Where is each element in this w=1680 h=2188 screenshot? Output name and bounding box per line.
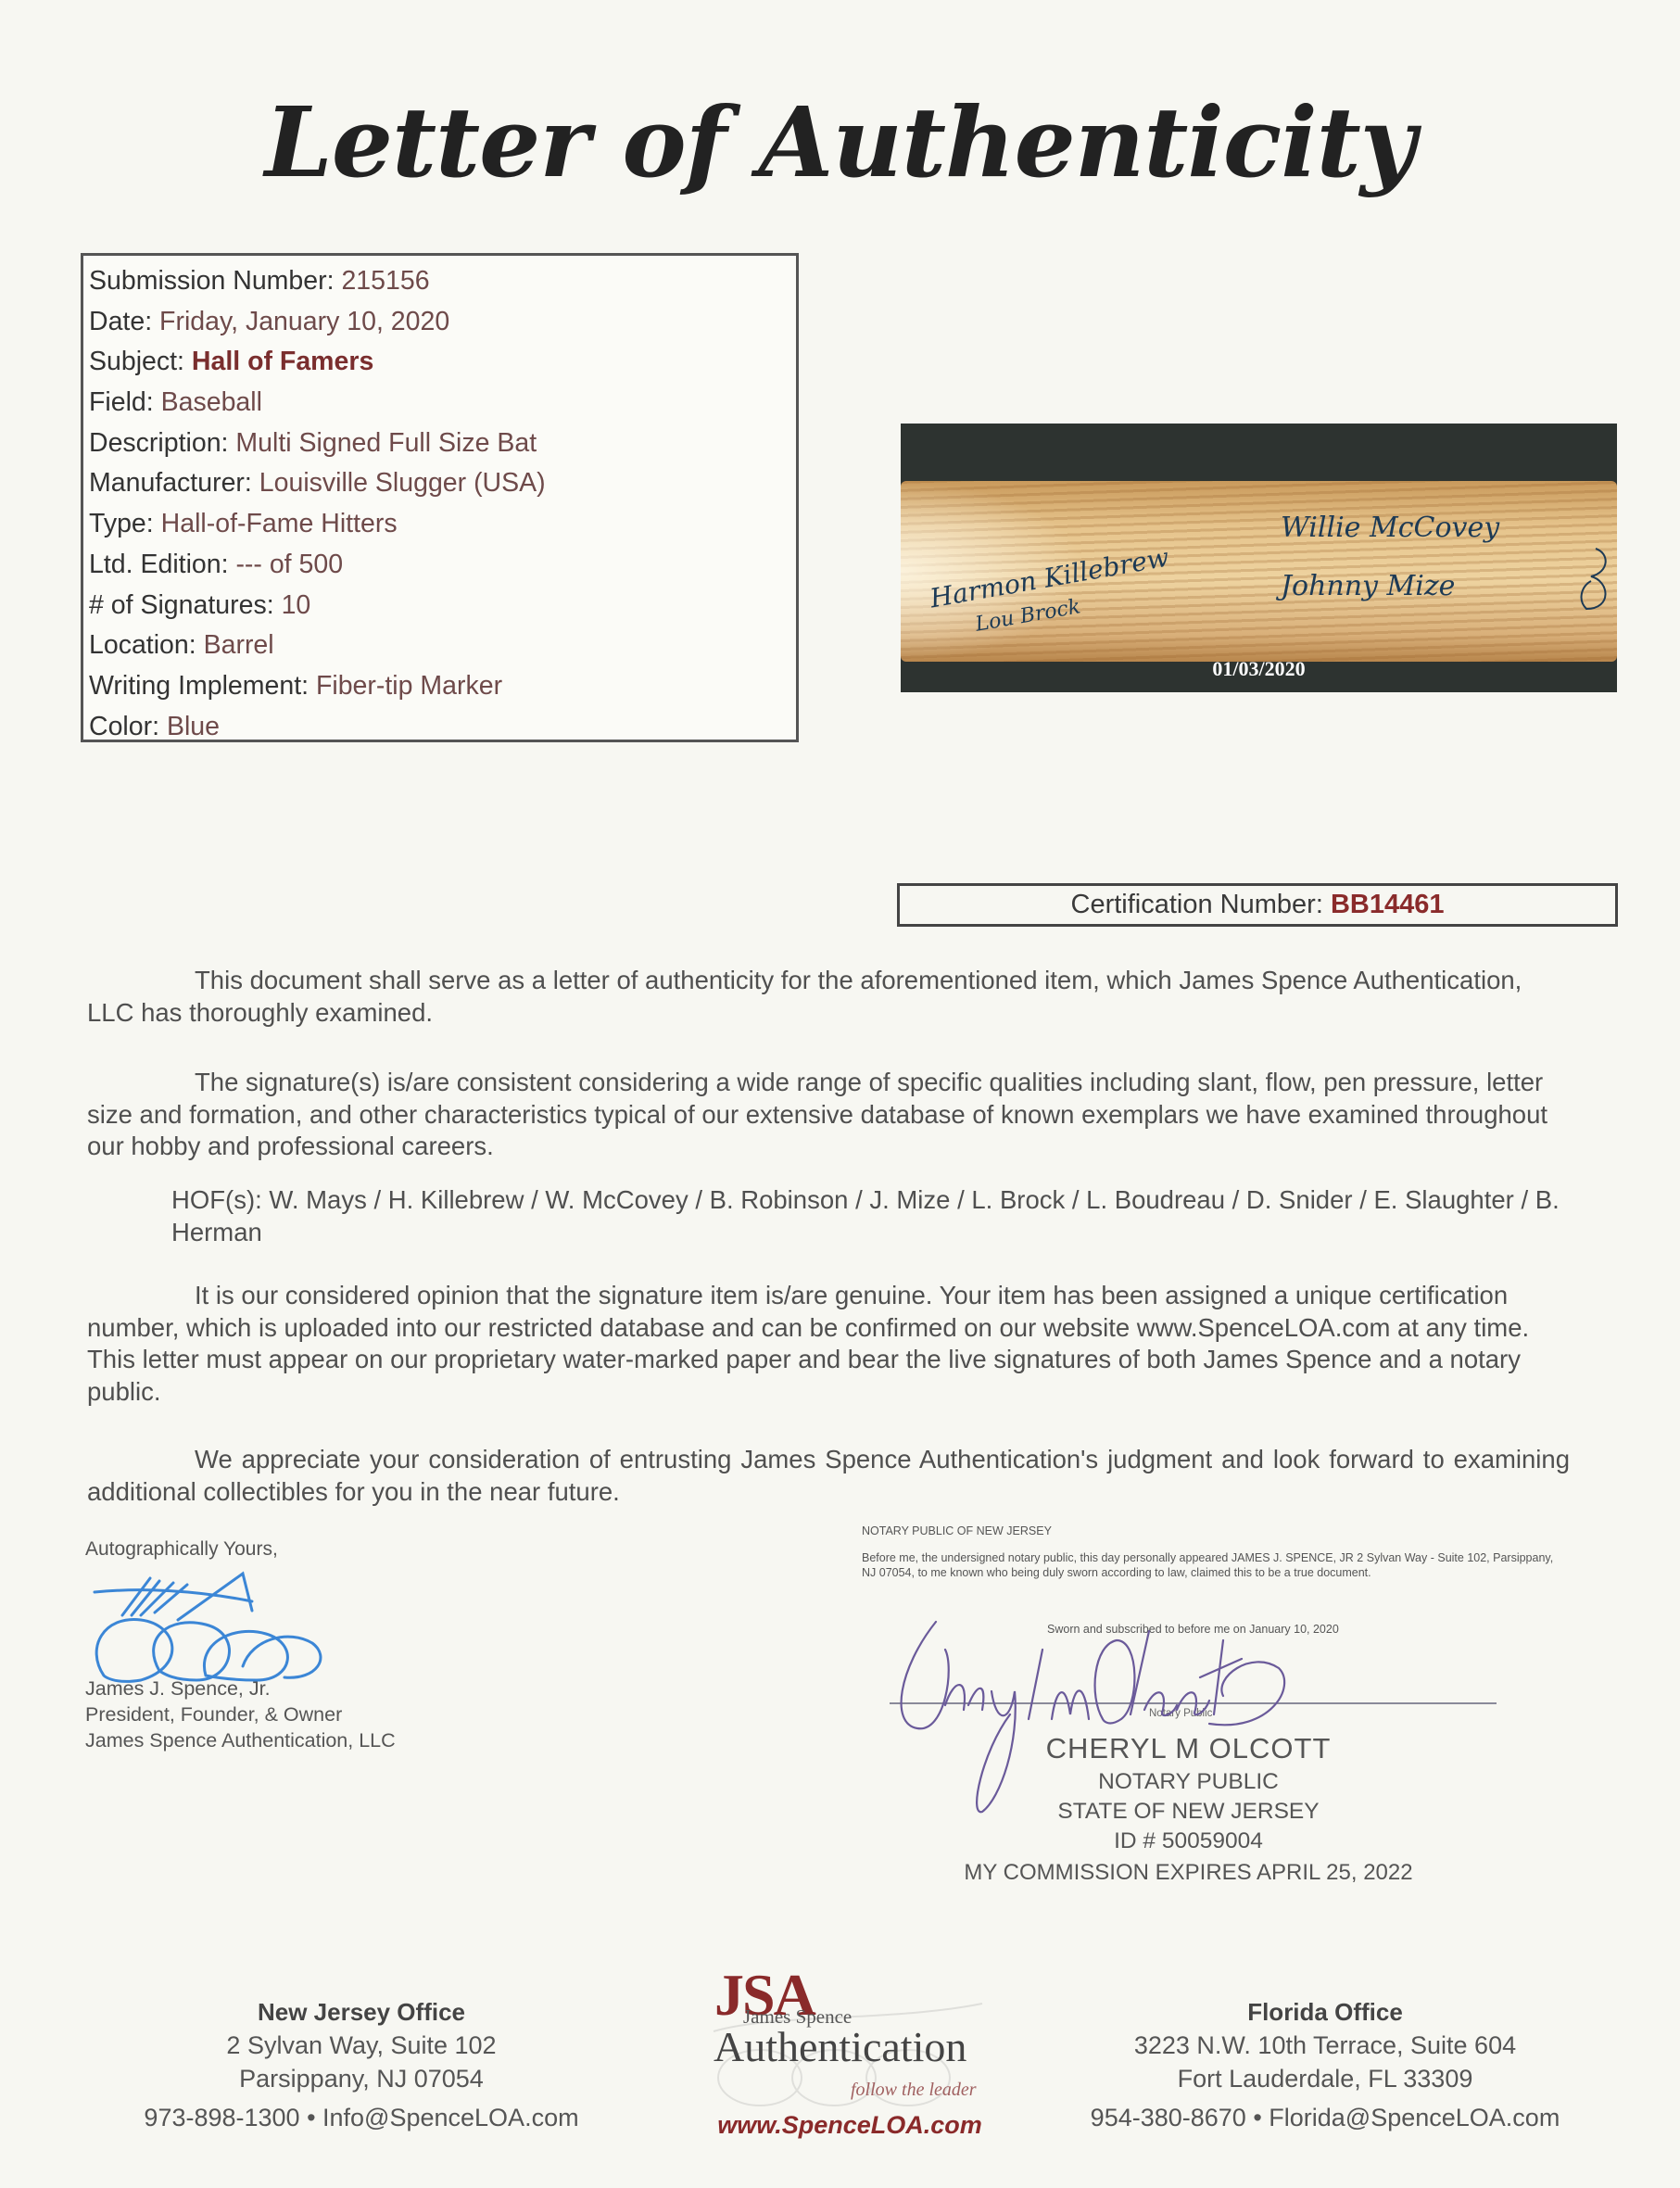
info-label: Location: bbox=[89, 630, 196, 660]
info-value: Barrel bbox=[204, 630, 274, 660]
paragraph-appreciation: We appreciate your consideration of entr… bbox=[87, 1444, 1570, 1508]
fl-contact: 954-380-8670 • Florida@SpenceLOA.com bbox=[1038, 2101, 1612, 2134]
info-value: Blue bbox=[167, 712, 220, 741]
info-value: Hall-of-Fame Hitters bbox=[161, 509, 398, 538]
closing-text: Autographically Yours, bbox=[85, 1538, 549, 1561]
certification-label: Certification Number: bbox=[1071, 890, 1323, 919]
notary-statement: Before me, the undersigned notary public… bbox=[862, 1550, 1566, 1580]
info-label: Subject: bbox=[89, 347, 184, 376]
fl-address-line2: Fort Lauderdale, FL 33309 bbox=[1038, 2062, 1612, 2095]
spence-signature bbox=[85, 1564, 363, 1689]
info-value: Friday, January 10, 2020 bbox=[159, 307, 449, 336]
notary-id: ID # 50059004 bbox=[862, 1827, 1515, 1856]
hof-list: HOF(s): W. Mays / H. Killebrew / W. McCo… bbox=[171, 1184, 1561, 1248]
info-value: Louisville Slugger (USA) bbox=[259, 468, 546, 498]
info-label: Submission Number: bbox=[89, 266, 335, 296]
signer-details: James J. Spence, Jr. President, Founder,… bbox=[85, 1676, 396, 1753]
new-jersey-office: New Jersey Office 2 Sylvan Way, Suite 10… bbox=[102, 1995, 621, 2134]
info-row: Subject: Hall of Famers bbox=[89, 342, 796, 383]
info-row: Writing Implement: Fiber-tip Marker bbox=[89, 666, 796, 707]
info-row: Date: Friday, January 10, 2020 bbox=[89, 302, 796, 343]
notary-name: CHERYL M OLCOTT bbox=[862, 1730, 1515, 1767]
info-value: Hall of Famers bbox=[192, 347, 373, 376]
notary-commission-expiry: MY COMMISSION EXPIRES APRIL 25, 2022 bbox=[862, 1858, 1515, 1888]
website-link[interactable]: www.SpenceLOA.com bbox=[697, 2111, 1003, 2140]
signer-title: President, Founder, & Owner bbox=[85, 1701, 396, 1727]
info-row: Color: Blue bbox=[89, 707, 796, 748]
nj-contact: 973-898-1300 • Info@SpenceLOA.com bbox=[102, 2101, 621, 2134]
info-row: # of Signatures: 10 bbox=[89, 586, 796, 626]
info-value: Fiber-tip Marker bbox=[316, 671, 502, 701]
fl-address-line1: 3223 N.W. 10th Terrace, Suite 604 bbox=[1038, 2029, 1612, 2062]
signer-company: James Spence Authentication, LLC bbox=[85, 1727, 396, 1753]
info-label: Writing Implement: bbox=[89, 671, 309, 701]
photo-date-stamp: 01/03/2020 bbox=[901, 657, 1617, 681]
info-label: Manufacturer: bbox=[89, 468, 252, 498]
notary-state: STATE OF NEW JERSEY bbox=[862, 1797, 1515, 1827]
info-value: Baseball bbox=[161, 387, 262, 417]
info-label: Color: bbox=[89, 712, 159, 741]
nj-address-line2: Parsippany, NJ 07054 bbox=[102, 2062, 621, 2095]
info-row: Description: Multi Signed Full Size Bat bbox=[89, 424, 796, 464]
info-label: Ltd. Edition: bbox=[89, 550, 229, 579]
bat-photo: Harmon Killebrew Lou Brock Willie McCove… bbox=[901, 424, 1617, 692]
info-row: Submission Number: 215156 bbox=[89, 261, 796, 302]
signer-block: Autographically Yours, James J. Spence, … bbox=[85, 1538, 549, 1561]
document-title: Letter of Authenticity bbox=[0, 85, 1680, 199]
fl-office-heading: Florida Office bbox=[1038, 1995, 1612, 2029]
florida-office: Florida Office 3223 N.W. 10th Terrace, S… bbox=[1038, 1995, 1612, 2134]
info-label: Type: bbox=[89, 509, 154, 538]
certification-number-box: Certification Number: BB14461 bbox=[897, 883, 1618, 927]
info-value: 215156 bbox=[341, 266, 429, 296]
notary-role: NOTARY PUBLIC bbox=[862, 1767, 1515, 1797]
item-info-box: Submission Number: 215156Date: Friday, J… bbox=[81, 253, 799, 742]
info-value: --- of 500 bbox=[235, 550, 343, 579]
signature-mize: Johnny Mize bbox=[1281, 570, 1455, 602]
info-label: # of Signatures: bbox=[89, 590, 274, 620]
signature-partial-icon bbox=[1577, 544, 1614, 618]
info-label: Field: bbox=[89, 387, 154, 417]
info-value: Multi Signed Full Size Bat bbox=[235, 428, 537, 458]
nj-address-line1: 2 Sylvan Way, Suite 102 bbox=[102, 2029, 621, 2062]
logo-tagline: follow the leader bbox=[851, 2080, 977, 2101]
notary-block: NOTARY PUBLIC OF NEW JERSEY Before me, t… bbox=[862, 1524, 1585, 1580]
certification-number: BB14461 bbox=[1331, 890, 1445, 919]
logo-name-large: Authentication bbox=[714, 2022, 966, 2071]
signer-name: James J. Spence, Jr. bbox=[85, 1676, 396, 1701]
paragraph-consistency: The signature(s) is/are consistent consi… bbox=[87, 1067, 1570, 1163]
nj-office-heading: New Jersey Office bbox=[102, 1995, 621, 2029]
signature-mccovey: Willie McCovey bbox=[1281, 512, 1499, 544]
info-row: Manufacturer: Louisville Slugger (USA) bbox=[89, 463, 796, 504]
info-row: Ltd. Edition: --- of 500 bbox=[89, 545, 796, 586]
info-row: Type: Hall-of-Fame Hitters bbox=[89, 504, 796, 545]
info-value: 10 bbox=[282, 590, 311, 620]
jsa-logo: JSA James Spence Authentication follow t… bbox=[686, 1957, 1038, 2152]
notary-stamp: CHERYL M OLCOTT NOTARY PUBLIC STATE OF N… bbox=[862, 1730, 1515, 1888]
info-row: Field: Baseball bbox=[89, 383, 796, 424]
notary-heading: NOTARY PUBLIC OF NEW JERSEY bbox=[862, 1524, 1585, 1537]
info-label: Date: bbox=[89, 307, 152, 336]
info-label: Description: bbox=[89, 428, 228, 458]
info-row: Location: Barrel bbox=[89, 626, 796, 666]
paragraph-opinion: It is our considered opinion that the si… bbox=[87, 1280, 1570, 1408]
paragraph-intro: This document shall serve as a letter of… bbox=[87, 965, 1570, 1029]
